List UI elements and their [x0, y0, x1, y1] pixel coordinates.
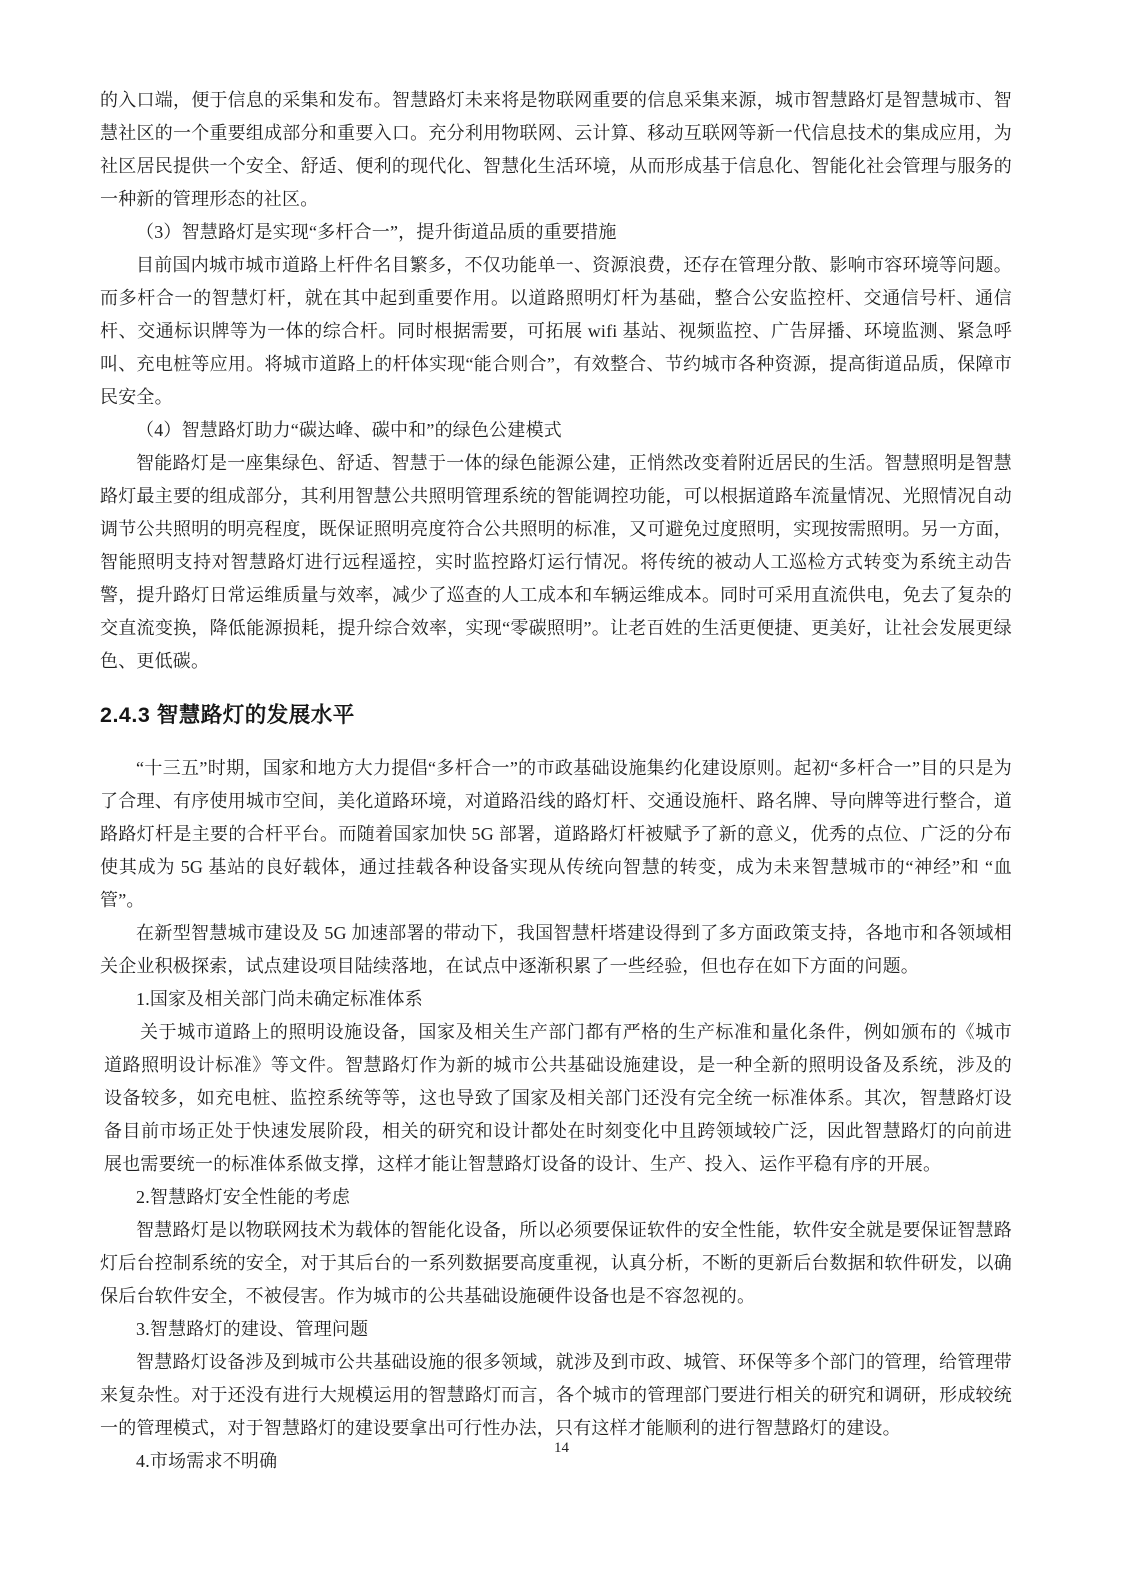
body-paragraph: 在新型智慧城市建设及 5G 加速部署的带动下，我国智慧杆塔建设得到了多方面政策支… [100, 917, 1012, 983]
page-body: 的入口端，便于信息的采集和发布。智慧路灯未来将是物联网重要的信息采集来源，城市智… [100, 84, 1012, 1478]
body-paragraph-continued: 的入口端，便于信息的采集和发布。智慧路灯未来将是物联网重要的信息采集来源，城市智… [100, 84, 1012, 216]
body-paragraph: “十三五”时期，国家和地方大力提倡“多杆合一”的市政基础设施集约化建设原则。起初… [100, 752, 1012, 917]
body-paragraph: 目前国内城市城市道路上杆件名目繁多，不仅功能单一、资源浪费，还存在管理分散、影响… [100, 249, 1012, 414]
list-item-heading-3: 3.智慧路灯的建设、管理问题 [100, 1313, 1012, 1346]
sub-heading-3: （3）智慧路灯是实现“多杆合一”，提升街道品质的重要措施 [100, 216, 1012, 249]
body-paragraph: 智能路灯是一座集绿色、舒适、智慧于一体的绿色能源公建，正悄然改变着附近居民的生活… [100, 447, 1012, 678]
list-item-heading-2: 2.智慧路灯安全性能的考虑 [100, 1181, 1012, 1214]
body-paragraph: 智慧路灯是以物联网技术为载体的智能化设备，所以必须要保证软件的安全性能，软件安全… [100, 1214, 1012, 1313]
sub-heading-4: （4）智慧路灯助力“碳达峰、碳中和”的绿色公建模式 [100, 414, 1012, 447]
document-page: 的入口端，便于信息的采集和发布。智慧路灯未来将是物联网重要的信息采集来源，城市智… [0, 0, 1123, 1588]
list-item-heading-1: 1.国家及相关部门尚未确定标准体系 [100, 983, 1012, 1016]
body-paragraph: 关于城市道路上的照明设施设备，国家及相关生产部门都有严格的生产标准和量化条件，例… [104, 1016, 1012, 1181]
body-paragraph: 智慧路灯设备涉及到城市公共基础设施的很多领域，就涉及到市政、城管、环保等多个部门… [100, 1346, 1012, 1445]
page-number: 14 [0, 1437, 1123, 1459]
section-heading-2-4-3: 2.4.3 智慧路灯的发展水平 [100, 699, 1012, 732]
